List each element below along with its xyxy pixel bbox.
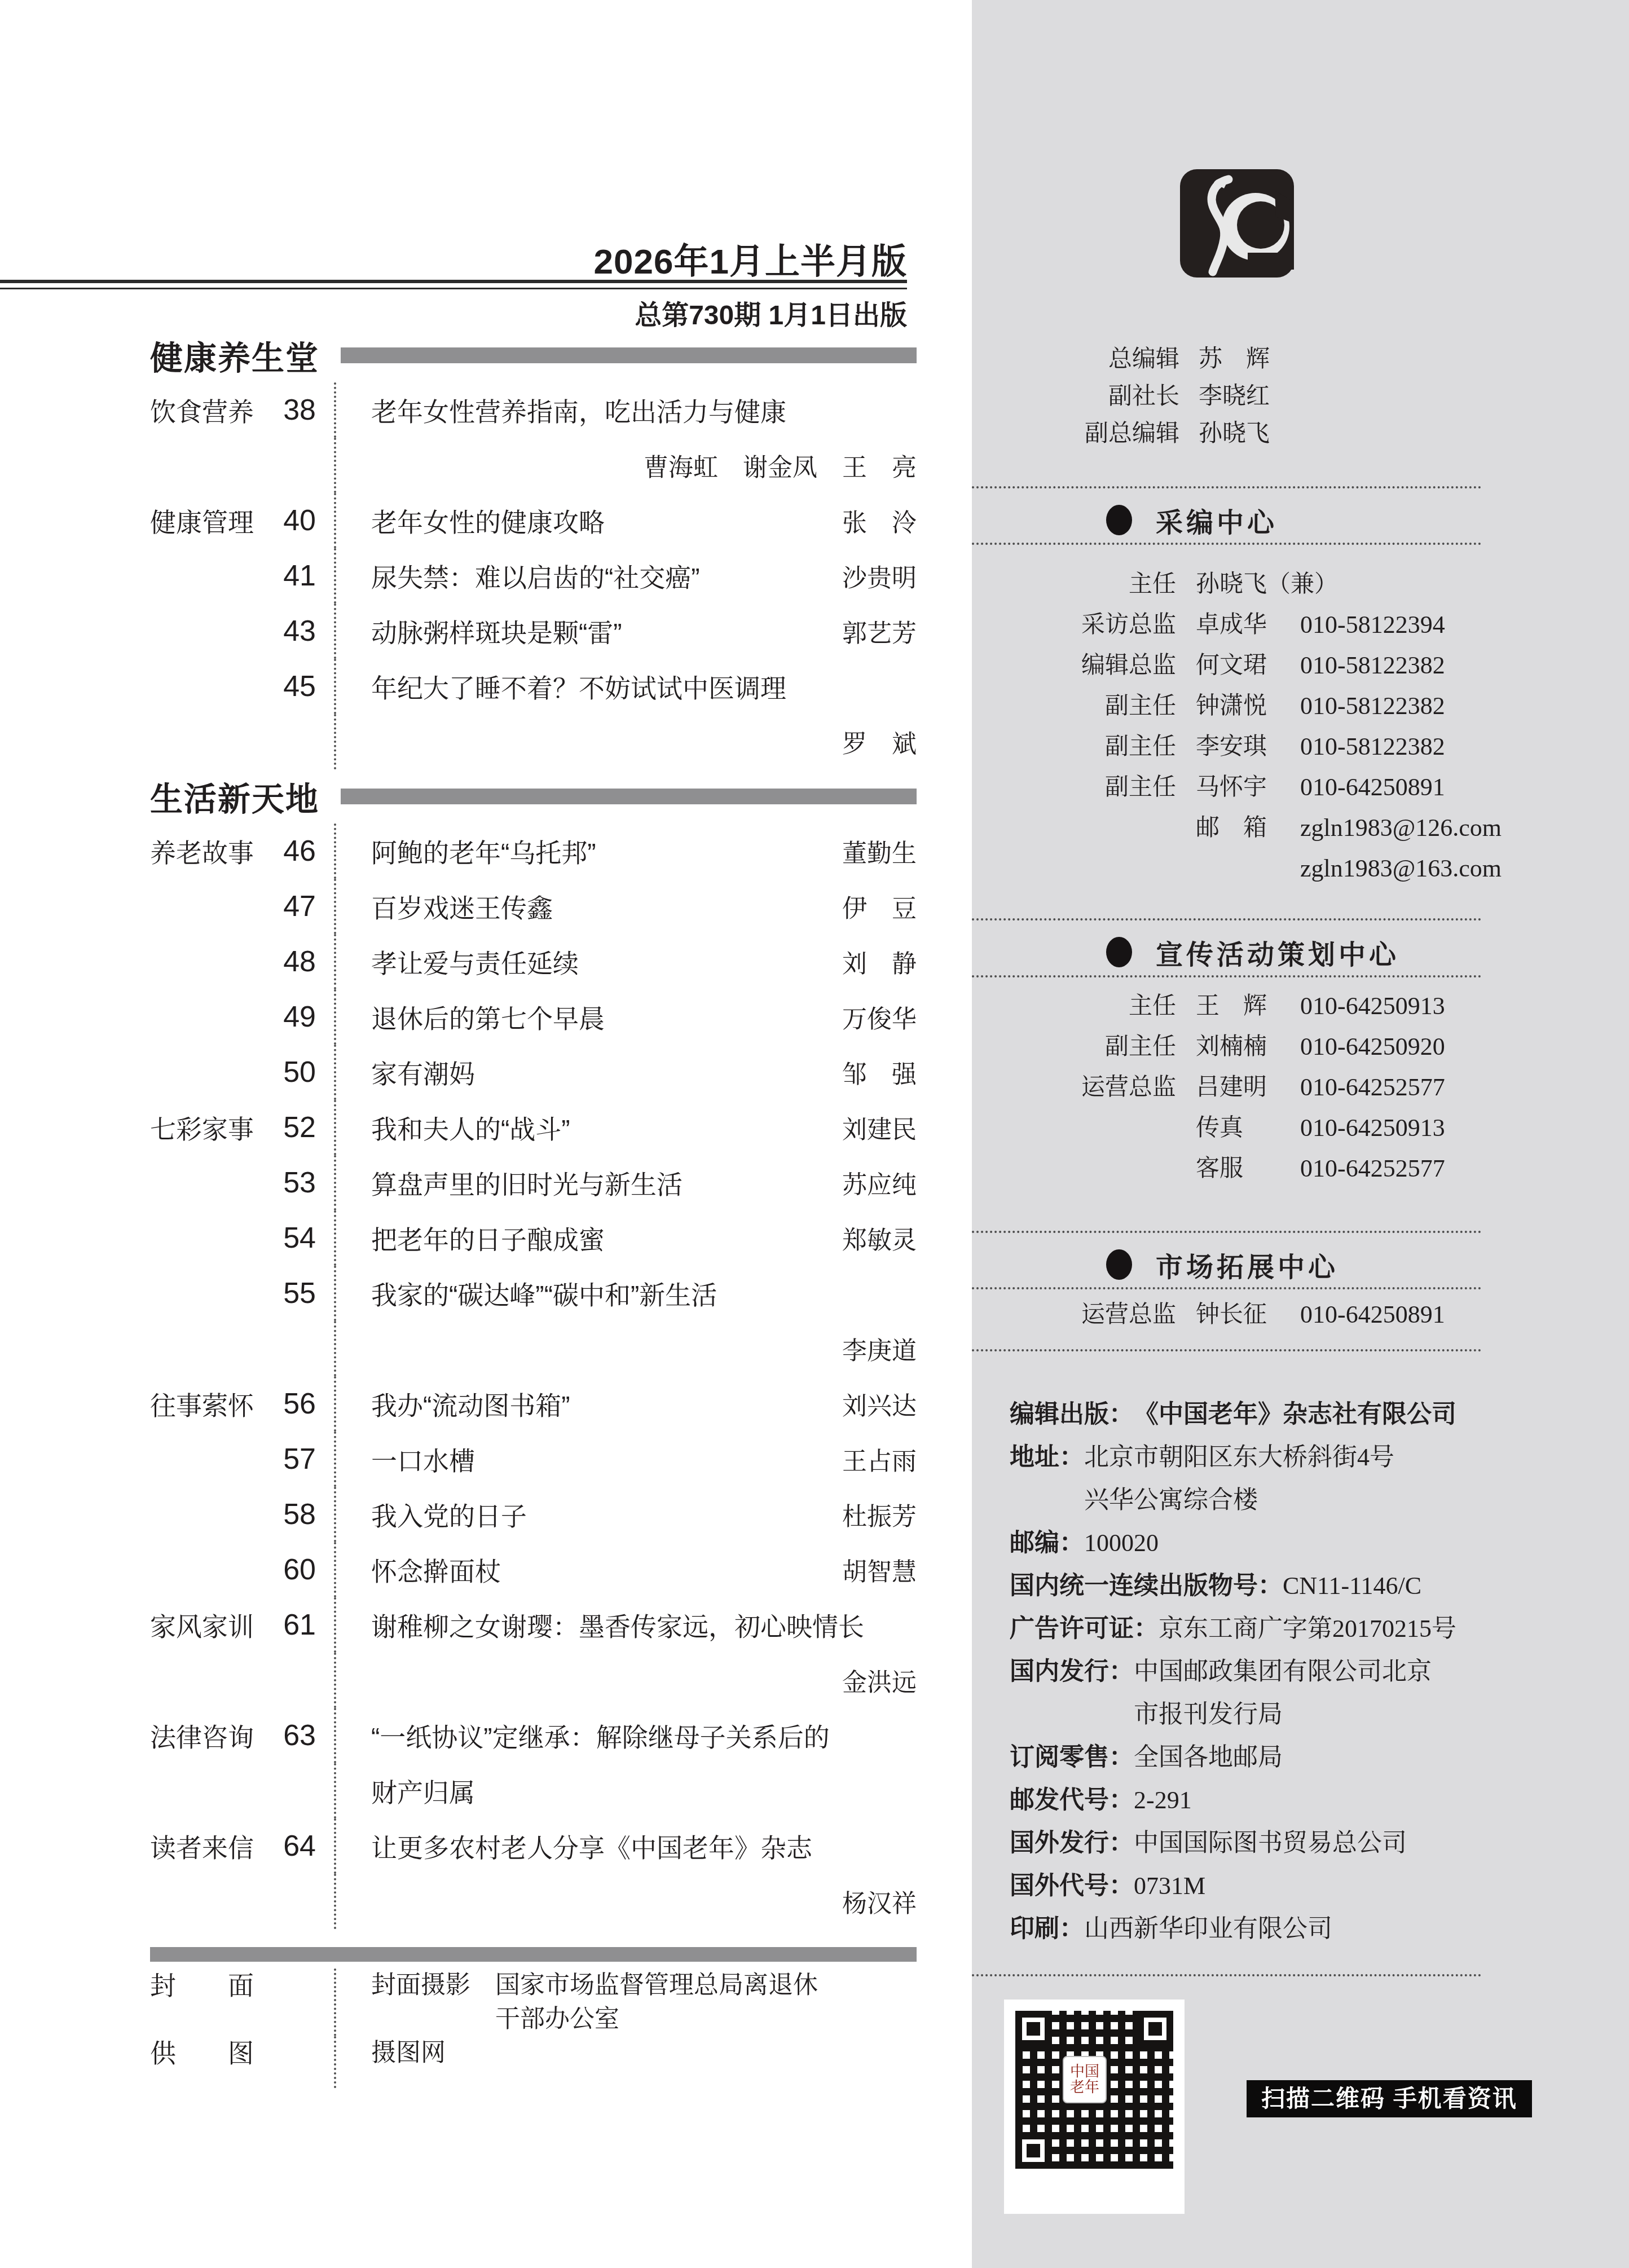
staff-role: 编辑总监 xyxy=(972,645,1176,686)
toc-article-title: 动脉粥样斑块是颗“雷” xyxy=(371,613,622,650)
publication-value-continued: 兴华公寓综合楼 xyxy=(1084,1479,1394,1522)
toc-article-title: 退休后的第七个早晨 xyxy=(371,998,605,1036)
dotted-divider xyxy=(972,1349,1481,1351)
staff-name: 钟潇悦 xyxy=(1196,686,1280,726)
staff-row: 邮 箱 zgln1983@126.com xyxy=(972,808,1513,848)
toc-entry: 一口水槽 王占雨 xyxy=(334,1432,917,1487)
toc-page-number: 63 xyxy=(263,1719,316,1752)
staff-role xyxy=(972,848,1176,889)
staff-phone: 010-64250913 xyxy=(1300,1108,1445,1148)
qr-finder-icon xyxy=(1015,2133,1051,2169)
toc-entry: 财产归属 xyxy=(334,1763,917,1818)
qr-center-logo: 中国老年 xyxy=(1063,2056,1107,2103)
leadership-role: 副总编辑 xyxy=(972,415,1179,452)
toc-article-title: 让更多农村老人分享《中国老年》杂志 xyxy=(371,1827,812,1865)
staff-row: 副主任 钟潇悦 010-58122382 xyxy=(972,686,1513,726)
credit-org-line1: 国家市场监督管理总局离退休 xyxy=(495,1968,818,2002)
publication-value: CN11-1146/C xyxy=(1283,1565,1421,1608)
staff-row: 副主任 刘楠楠 010-64250920 xyxy=(972,1027,1513,1067)
publication-value-block: 100020 xyxy=(1084,1522,1159,1565)
toc-row: 54 把老年的日子酿成蜜 郑敏灵 xyxy=(150,1210,917,1266)
staff-row: 主任 孙晓飞（兼） xyxy=(972,564,1513,605)
department-name: 采编中心 xyxy=(1156,501,1278,540)
publication-value: 山西新华印业有限公司 xyxy=(1084,1908,1332,1950)
publication-value-block: 全国各地邮局 xyxy=(1134,1736,1283,1779)
toc-category: 往事萦怀 xyxy=(150,1385,263,1423)
dotted-divider xyxy=(972,1287,1481,1289)
toc-entry: 孝让爱与责任延续 刘 静 xyxy=(334,934,917,989)
toc-page-number: 58 xyxy=(263,1498,316,1531)
staff-row: 编辑总监 何文珺 010-58122382 xyxy=(972,645,1513,686)
publication-label: 国内统一连续出版物号： xyxy=(1010,1565,1283,1608)
toc-article-title: 阿鲍的老年“乌托邦” xyxy=(371,833,596,870)
toc-article-title: 百岁戏迷王传鑫 xyxy=(371,888,553,925)
bullet-icon xyxy=(1106,505,1132,535)
credit-row: 封 面 封面摄影 国家市场监督管理总局离退休 干部办公室 xyxy=(150,1968,917,2036)
toc-author: 万俊华 xyxy=(842,999,917,1035)
publication-value: 《中国老年》杂志社有限公司 xyxy=(1134,1393,1456,1436)
toc-category: 法律咨询 xyxy=(150,1717,263,1754)
staff-name xyxy=(1196,848,1280,889)
qr-center-logo-text: 中国老年 xyxy=(1069,2064,1100,2095)
publication-value: 全国各地邮局 xyxy=(1134,1736,1283,1779)
toc-row: 53 算盘声里的旧时光与新生活 苏应纯 xyxy=(150,1155,917,1210)
toc-row: 50 家有潮妈 邹 强 xyxy=(150,1045,917,1100)
toc-article-title: 财产归属 xyxy=(371,1772,475,1809)
leadership-row: 副社长 李晓红 xyxy=(972,378,1482,415)
staff-row: 采访总监 卓成华 010-58122394 xyxy=(972,605,1513,645)
staff-phone: 010-64252577 xyxy=(1300,1148,1445,1189)
staff-role: 副主任 xyxy=(972,1027,1176,1067)
publication-row: 国内统一连续出版物号： CN11-1146/C xyxy=(1010,1565,1619,1608)
staff-phone: 010-58122382 xyxy=(1300,686,1445,726)
leadership-name: 孙晓飞 xyxy=(1199,415,1270,452)
department-name: 宣传活动策划中心 xyxy=(1156,933,1399,972)
staff-role xyxy=(972,1148,1176,1189)
staff-row: zgln1983@163.com xyxy=(972,848,1513,889)
toc-row: 金洪远 xyxy=(150,1653,917,1708)
toc-row: 财产归属 xyxy=(150,1763,917,1818)
staff-role: 运营总监 xyxy=(972,1294,1176,1335)
toc-article-title: 老年女性的健康攻略 xyxy=(371,502,605,539)
publication-row: 广告许可证： 京东工商广字第20170215号 xyxy=(1010,1608,1619,1650)
leadership-list: 总编辑 苏 辉 副社长 李晓红 副总编辑 孙晓飞 xyxy=(972,341,1482,452)
toc-author: 胡智慧 xyxy=(842,1552,917,1588)
toc-page-number: 50 xyxy=(263,1055,316,1089)
staff-row: 副主任 马怀宇 010-64250891 xyxy=(972,767,1513,808)
staff-name: 吕建明 xyxy=(1196,1067,1280,1108)
staff-role: 主任 xyxy=(972,986,1176,1027)
publication-value: 京东工商广字第20170215号 xyxy=(1159,1608,1456,1650)
toc-entry: 把老年的日子酿成蜜 郑敏灵 xyxy=(334,1210,917,1266)
publication-value-block: 中国邮政集团有限公司北京 市报刊发行局 xyxy=(1134,1650,1432,1736)
publication-value-block: 《中国老年》杂志社有限公司 xyxy=(1134,1393,1456,1436)
toc-row: 55 我家的“碳达峰”“碳中和”新生活 xyxy=(150,1266,917,1321)
section-entries: 养老故事 46 阿鲍的老年“乌托邦” 董勤生 47 百岁戏迷王传鑫 伊 豆 xyxy=(150,823,917,1929)
publication-row: 印刷： 山西新华印业有限公司 xyxy=(1010,1908,1619,1950)
toc-article-title: 一口水槽 xyxy=(371,1441,475,1478)
section-header: 健康养生堂 xyxy=(150,328,917,382)
staff-name: 王 辉 xyxy=(1196,986,1280,1027)
toc-article-title: 谢稚柳之女谢璎：墨香传家远，初心映情长 xyxy=(371,1606,864,1644)
department-header: 采编中心 xyxy=(972,500,1482,540)
staff-name: 李安琪 xyxy=(1196,726,1280,767)
toc-row: 七彩家事 52 我和夫人的“战斗” 刘建民 xyxy=(150,1100,917,1155)
toc-entry: 曹海虹 谢金凤 王 亮 xyxy=(334,438,917,493)
dotted-divider xyxy=(972,1974,1481,1976)
department-staff: 主任 孙晓飞（兼） 采访总监 卓成华 010-58122394 编辑总监 何文珺… xyxy=(972,564,1513,889)
toc-page-number: 45 xyxy=(263,670,316,703)
publication-value-block: 北京市朝阳区东大桥斜街4号 兴华公寓综合楼 xyxy=(1084,1436,1394,1522)
toc-row: 45 年纪大了睡不着？不妨试试中医调理 xyxy=(150,659,917,714)
toc-author: 沙贵明 xyxy=(842,558,917,594)
toc-row: 往事萦怀 56 我办“流动图书箱” 刘兴达 xyxy=(150,1376,917,1432)
toc-row: 读者来信 64 让更多农村老人分享《中国老年》杂志 xyxy=(150,1818,917,1874)
publication-label: 地址： xyxy=(1010,1436,1084,1522)
leadership-row: 副总编辑 孙晓飞 xyxy=(972,415,1482,452)
toc-category: 家风家训 xyxy=(150,1606,263,1644)
publication-label: 广告许可证： xyxy=(1010,1608,1159,1650)
toc-entry: 百岁戏迷王传鑫 伊 豆 xyxy=(334,879,917,934)
staff-name: 邮 箱 xyxy=(1196,808,1280,848)
section-header-bar xyxy=(341,347,917,363)
toc-author: 苏应纯 xyxy=(842,1165,917,1201)
toc-entry: 我入党的日子 杜振芳 xyxy=(334,1487,917,1542)
publication-row: 国外代号： 0731M xyxy=(1010,1865,1619,1908)
staff-phone: 010-58122394 xyxy=(1300,605,1445,645)
staff-phone: 010-58122382 xyxy=(1300,645,1445,686)
toc-author: 邹 强 xyxy=(842,1054,917,1090)
toc-row: 41 尿失禁：难以启齿的“社交癌” 沙贵明 xyxy=(150,548,917,604)
staff-role: 副主任 xyxy=(972,686,1176,726)
toc-entry: 让更多农村老人分享《中国老年》杂志 xyxy=(334,1818,917,1874)
staff-role: 副主任 xyxy=(972,767,1176,808)
toc-page-number: 48 xyxy=(263,945,316,979)
publication-value-block: 0731M xyxy=(1134,1865,1205,1908)
publication-label: 订阅零售： xyxy=(1010,1736,1134,1779)
toc-page-number: 38 xyxy=(263,393,316,427)
toc-page-number: 52 xyxy=(263,1111,316,1144)
toc-page-number: 46 xyxy=(263,834,316,868)
toc-category: 养老故事 xyxy=(150,833,263,870)
toc-author: 金洪远 xyxy=(842,1662,917,1698)
toc-row: 60 怀念擀面杖 胡智慧 xyxy=(150,1542,917,1597)
staff-row: 运营总监 吕建明 010-64252577 xyxy=(972,1067,1513,1108)
toc-category: 饮食营养 xyxy=(150,391,263,429)
toc-author: 刘 静 xyxy=(842,944,917,980)
toc-page-number: 41 xyxy=(263,559,316,593)
credit-organization: 国家市场监督管理总局离退休 干部办公室 xyxy=(495,1968,818,2036)
magazine-toc-page: 2026年1月上半月版 总第730期 1月1日出版 健康养生堂 饮食营养 38 … xyxy=(0,0,1629,2268)
toc-article-title: 家有潮妈 xyxy=(371,1054,475,1091)
staff-phone: 010-64250913 xyxy=(1300,986,1445,1027)
staff-phone: 010-64250920 xyxy=(1300,1027,1445,1067)
publication-value: 北京市朝阳区东大桥斜街4号 xyxy=(1084,1436,1394,1479)
toc-author: 罗 斌 xyxy=(842,724,917,760)
qr-caption: 扫描二维码 手机看资讯 xyxy=(1247,2080,1532,2117)
toc-article-title: 算盘声里的旧时光与新生活 xyxy=(371,1164,683,1201)
staff-row: 传真 010-64250913 xyxy=(972,1108,1513,1148)
toc-page-number: 55 xyxy=(263,1276,316,1310)
staff-row: 主任 王 辉 010-64250913 xyxy=(972,986,1513,1027)
staff-row: 运营总监 钟长征 010-64250891 xyxy=(972,1294,1513,1335)
toc-article-title: 孝让爱与责任延续 xyxy=(371,943,579,980)
toc-page-number: 47 xyxy=(263,889,316,923)
toc-page-number: 49 xyxy=(263,1000,316,1034)
toc-entry: 我和夫人的“战斗” 刘建民 xyxy=(334,1100,917,1155)
publication-value-continued: 市报刊发行局 xyxy=(1134,1693,1432,1736)
leadership-role: 总编辑 xyxy=(972,341,1179,378)
publication-value: 中国国际图书贸易总公司 xyxy=(1134,1822,1407,1865)
toc-row: 49 退休后的第七个早晨 万俊华 xyxy=(150,989,917,1045)
publication-value: 中国邮政集团有限公司北京 xyxy=(1134,1650,1432,1693)
credit-prefix: 摄图网 xyxy=(371,2036,446,2070)
toc-entry: 李庚道 xyxy=(334,1321,917,1376)
toc-article-title: 我入党的日子 xyxy=(371,1496,527,1533)
toc-entry: 动脉粥样斑块是颗“雷” 郭艺芳 xyxy=(334,604,917,659)
toc-page-number: 40 xyxy=(263,504,316,538)
publication-row: 邮发代号： 2-291 xyxy=(1010,1779,1619,1822)
publication-row: 订阅零售： 全国各地邮局 xyxy=(1010,1736,1619,1779)
leadership-name: 李晓红 xyxy=(1199,378,1270,415)
publication-value-block: 中国国际图书贸易总公司 xyxy=(1134,1822,1407,1865)
publication-value-block: 京东工商广字第20170215号 xyxy=(1159,1608,1456,1650)
issue-line: 总第730期 1月1日出版 xyxy=(0,293,907,332)
toc-page-number: 53 xyxy=(263,1166,316,1200)
toc-entry: 老年女性的健康攻略 张 泠 xyxy=(334,493,917,548)
staff-phone: 010-64250891 xyxy=(1300,1294,1445,1335)
qr-finder-icon xyxy=(1015,2011,1051,2047)
bottom-divider-bar xyxy=(150,1947,917,1962)
toc-row: 法律咨询 63 “一纸协议”定继承：解除继母子关系后的 xyxy=(150,1708,917,1763)
toc-row: 47 百岁戏迷王传鑫 伊 豆 xyxy=(150,879,917,934)
toc-entry: 杨汉祥 xyxy=(334,1874,917,1929)
toc-row: 57 一口水槽 王占雨 xyxy=(150,1432,917,1487)
toc-author: 杨汉祥 xyxy=(842,1883,917,1919)
staff-row: 副主任 李安琪 010-58122382 xyxy=(972,726,1513,767)
staff-role xyxy=(972,1108,1176,1148)
publication-label: 编辑出版： xyxy=(1010,1393,1134,1436)
toc-entry: 老年女性营养指南，吃出活力与健康 xyxy=(334,382,917,438)
publication-row: 编辑出版： 《中国老年》杂志社有限公司 xyxy=(1010,1393,1619,1436)
publication-label: 国外代号： xyxy=(1010,1865,1134,1908)
toc-row: 养老故事 46 阿鲍的老年“乌托邦” 董勤生 xyxy=(150,823,917,879)
toc-row: 健康管理 40 老年女性的健康攻略 张 泠 xyxy=(150,493,917,548)
toc-article-title: 尿失禁：难以启齿的“社交癌” xyxy=(371,557,700,594)
toc-row: 曹海虹 谢金凤 王 亮 xyxy=(150,438,917,493)
toc-entry: 年纪大了睡不着？不妨试试中医调理 xyxy=(334,659,917,714)
credit-row: 供 图 摄图网 xyxy=(150,2036,917,2088)
credit-label: 封 面 xyxy=(150,1968,263,2036)
publication-row: 邮编： 100020 xyxy=(1010,1522,1619,1565)
section-title: 健康养生堂 xyxy=(150,332,319,379)
publication-label: 国内发行： xyxy=(1010,1650,1134,1736)
toc-row: 58 我入党的日子 杜振芳 xyxy=(150,1487,917,1542)
credit-gap xyxy=(263,1968,334,2036)
staff-name: 何文珺 xyxy=(1196,645,1280,686)
toc-row: 李庚道 xyxy=(150,1321,917,1376)
section-header-bar xyxy=(341,789,917,804)
staff-name: 马怀宇 xyxy=(1196,767,1280,808)
staff-role: 运营总监 xyxy=(972,1067,1176,1108)
masthead-panel: 总编辑 苏 辉 副社长 李晓红 副总编辑 孙晓飞 采编中心 xyxy=(972,0,1629,2268)
publication-label: 邮发代号： xyxy=(1010,1779,1134,1822)
leadership-row: 总编辑 苏 辉 xyxy=(972,341,1482,378)
toc-row: 48 孝让爱与责任延续 刘 静 xyxy=(150,934,917,989)
staff-phone: zgln1983@126.com xyxy=(1300,808,1502,848)
crane-logo-icon xyxy=(1180,169,1294,278)
toc-article-title: “一纸协议”定继承：解除继母子关系后的 xyxy=(371,1717,830,1754)
cover-credits: 封 面 封面摄影 国家市场监督管理总局离退休 干部办公室 供 图 摄图网 xyxy=(150,1968,917,2088)
toc-category: 七彩家事 xyxy=(150,1109,263,1146)
staff-phone: 010-64250891 xyxy=(1300,767,1445,808)
toc-entry: 我办“流动图书箱” 刘兴达 xyxy=(334,1376,917,1432)
toc-author: 张 泠 xyxy=(842,503,917,539)
publication-label: 国外发行： xyxy=(1010,1822,1134,1865)
header-double-rule xyxy=(0,280,907,289)
toc-entry: 罗 斌 xyxy=(334,714,917,769)
publication-info: 编辑出版： 《中国老年》杂志社有限公司 地址： 北京市朝阳区东大桥斜街4号 兴华… xyxy=(1010,1393,1619,1950)
bullet-icon xyxy=(1106,937,1132,967)
staff-role: 采访总监 xyxy=(972,605,1176,645)
toc-entry: “一纸协议”定继承：解除继母子关系后的 xyxy=(334,1708,917,1763)
dotted-divider xyxy=(972,1231,1481,1233)
publication-row: 地址： 北京市朝阳区东大桥斜街4号 兴华公寓综合楼 xyxy=(1010,1436,1619,1522)
publication-row: 国内发行： 中国邮政集团有限公司北京 市报刊发行局 xyxy=(1010,1650,1619,1736)
toc-entry: 退休后的第七个早晨 万俊华 xyxy=(334,989,917,1045)
publication-value-block: CN11-1146/C xyxy=(1283,1565,1421,1608)
credit-gap xyxy=(263,2036,334,2088)
bullet-icon xyxy=(1106,1249,1132,1280)
publication-value: 100020 xyxy=(1084,1522,1159,1565)
toc-author: 杜振芳 xyxy=(842,1496,917,1532)
dotted-divider xyxy=(972,975,1481,977)
toc-page-number: 56 xyxy=(263,1387,316,1421)
toc-entry: 我家的“碳达峰”“碳中和”新生活 xyxy=(334,1266,917,1321)
publication-value-block: 2-291 xyxy=(1134,1779,1192,1822)
toc-entry: 算盘声里的旧时光与新生活 苏应纯 xyxy=(334,1155,917,1210)
table-of-contents: 健康养生堂 饮食营养 38 老年女性营养指南，吃出活力与健康 xyxy=(150,328,917,1929)
staff-role: 副主任 xyxy=(972,726,1176,767)
toc-author: 王占雨 xyxy=(842,1441,917,1477)
staff-phone: 010-58122382 xyxy=(1300,726,1445,767)
staff-row: 客服 010-64252577 xyxy=(972,1148,1513,1189)
toc-entry: 金洪远 xyxy=(334,1653,917,1708)
toc-page-number: 57 xyxy=(263,1442,316,1476)
department-staff: 主任 王 辉 010-64250913 副主任 刘楠楠 010-64250920… xyxy=(972,986,1513,1189)
dotted-divider xyxy=(972,918,1481,921)
publication-value: 2-291 xyxy=(1134,1779,1192,1822)
toc-entry: 谢稚柳之女谢璎：墨香传家远，初心映情长 xyxy=(334,1597,917,1653)
toc-author: 郑敏灵 xyxy=(842,1220,917,1256)
department-header: 宣传活动策划中心 xyxy=(972,932,1482,972)
toc-category: 健康管理 xyxy=(150,502,263,539)
publication-row: 国外发行： 中国国际图书贸易总公司 xyxy=(1010,1822,1619,1865)
dotted-divider xyxy=(972,543,1481,545)
toc-row: 罗 斌 xyxy=(150,714,917,769)
toc-author: 曹海虹 谢金凤 王 亮 xyxy=(644,447,917,483)
toc-row: 43 动脉粥样斑块是颗“雷” 郭艺芳 xyxy=(150,604,917,659)
staff-name: 钟长征 xyxy=(1196,1294,1280,1335)
section-title: 生活新天地 xyxy=(150,773,319,820)
toc-article-title: 年纪大了睡不着？不妨试试中医调理 xyxy=(371,668,786,705)
edition-title: 2026年1月上半月版 xyxy=(0,234,907,284)
publication-label: 印刷： xyxy=(1010,1908,1084,1950)
credit-value: 摄图网 xyxy=(334,2036,917,2088)
toc-article-title: 怀念擀面杖 xyxy=(371,1551,501,1588)
magazine-logo xyxy=(1180,169,1294,278)
toc-author: 李庚道 xyxy=(842,1331,917,1367)
toc-author: 郭艺芳 xyxy=(842,613,917,649)
department-staff: 运营总监 钟长征 010-64250891 xyxy=(972,1294,1513,1335)
department-header: 市场拓展中心 xyxy=(972,1244,1482,1285)
publication-label: 邮编： xyxy=(1010,1522,1084,1565)
dotted-divider xyxy=(972,486,1481,488)
staff-name: 客服 xyxy=(1196,1148,1280,1189)
toc-page-number: 60 xyxy=(263,1553,316,1587)
toc-author: 董勤生 xyxy=(842,833,917,869)
staff-phone: 010-64252577 xyxy=(1300,1067,1445,1108)
toc-entry: 怀念擀面杖 胡智慧 xyxy=(334,1542,917,1597)
section-entries: 饮食营养 38 老年女性营养指南，吃出活力与健康 曹海虹 谢金凤 王 亮 xyxy=(150,382,917,769)
toc-page-number: 43 xyxy=(263,614,316,648)
qr-finder-icon xyxy=(1137,2011,1173,2047)
toc-row: 杨汉祥 xyxy=(150,1874,917,1929)
toc-author: 刘兴达 xyxy=(842,1386,917,1422)
toc-row: 家风家训 61 谢稚柳之女谢璎：墨香传家远，初心映情长 xyxy=(150,1597,917,1653)
publication-value-block: 山西新华印业有限公司 xyxy=(1084,1908,1332,1950)
toc-entry: 阿鲍的老年“乌托邦” 董勤生 xyxy=(334,823,917,879)
leadership-name: 苏 辉 xyxy=(1199,341,1270,378)
toc-article-title: 我办“流动图书箱” xyxy=(371,1385,570,1423)
staff-name: 卓成华 xyxy=(1196,605,1280,645)
toc-author: 伊 豆 xyxy=(842,888,917,924)
staff-phone: zgln1983@163.com xyxy=(1300,848,1502,889)
credit-prefix: 封面摄影 xyxy=(371,1968,495,2002)
publication-value: 0731M xyxy=(1134,1865,1205,1908)
staff-name: 孙晓飞（兼） xyxy=(1196,564,1280,605)
toc-page-number: 54 xyxy=(263,1221,316,1255)
toc-entry: 家有潮妈 邹 强 xyxy=(334,1045,917,1100)
toc-article-title: 我和夫人的“战斗” xyxy=(371,1109,570,1146)
credit-org-line2: 干部办公室 xyxy=(495,2002,818,2036)
leadership-role: 副社长 xyxy=(972,378,1179,415)
staff-role xyxy=(972,808,1176,848)
staff-name: 刘楠楠 xyxy=(1196,1027,1280,1067)
toc-entry: 尿失禁：难以启齿的“社交癌” 沙贵明 xyxy=(334,548,917,604)
toc-article-title: 老年女性营养指南，吃出活力与健康 xyxy=(371,391,786,429)
qr-code: 中国老年 xyxy=(1004,2000,1185,2214)
toc-category: 读者来信 xyxy=(150,1827,263,1865)
credit-label: 供 图 xyxy=(150,2036,263,2088)
section-header: 生活新天地 xyxy=(150,769,917,823)
toc-page-number: 61 xyxy=(263,1608,316,1642)
department-name: 市场拓展中心 xyxy=(1156,1245,1339,1284)
credit-value: 封面摄影 国家市场监督管理总局离退休 干部办公室 xyxy=(334,1968,917,2036)
toc-row: 饮食营养 38 老年女性营养指南，吃出活力与健康 xyxy=(150,382,917,438)
toc-article-title: 把老年的日子酿成蜜 xyxy=(371,1219,605,1257)
toc-page-number: 64 xyxy=(263,1829,316,1863)
staff-name: 传真 xyxy=(1196,1108,1280,1148)
toc-article-title: 我家的“碳达峰”“碳中和”新生活 xyxy=(371,1275,717,1312)
staff-role: 主任 xyxy=(972,564,1176,605)
toc-author: 刘建民 xyxy=(842,1109,917,1146)
